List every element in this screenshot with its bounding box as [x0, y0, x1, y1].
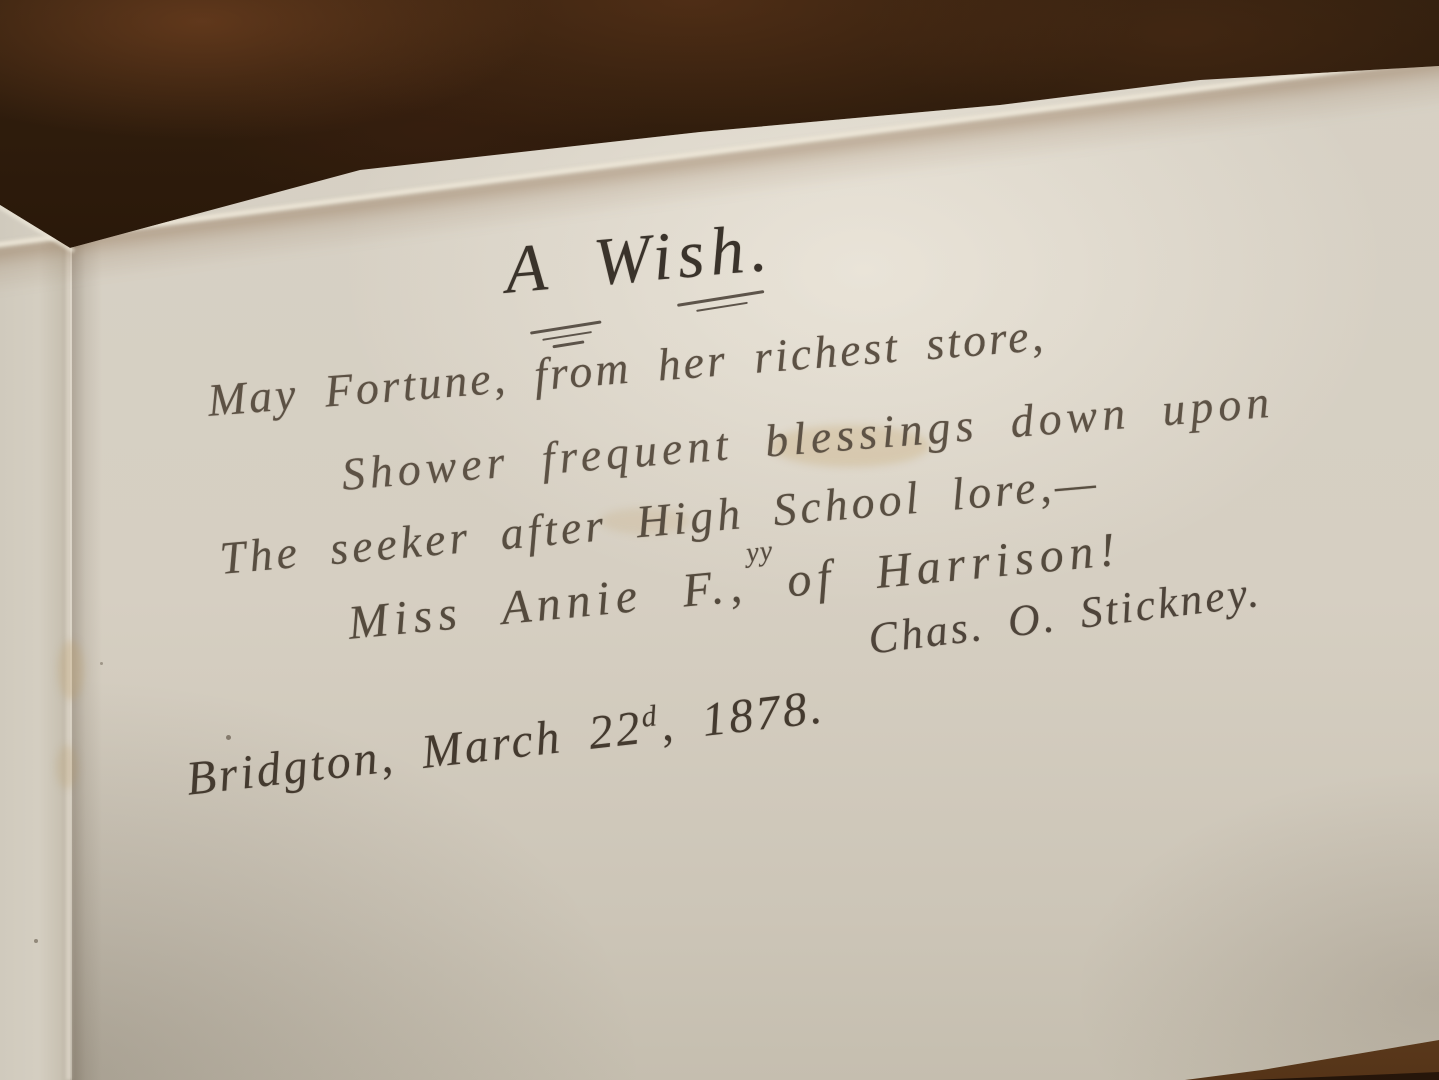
handwritten-place-and-date: Bridgton, March 22d, 1878. [184, 683, 827, 803]
gutter-stain [56, 745, 78, 789]
superscript-insertion-mark: yy [745, 537, 775, 568]
ink-speck [226, 735, 231, 740]
ink-speck [34, 939, 38, 943]
ordinal-suffix: d [640, 699, 662, 734]
title-underline-flourish [676, 290, 768, 321]
place-date-prefix: Bridgton, March 22 [184, 701, 646, 806]
place-date-suffix: , 1878. [657, 680, 827, 751]
ink-speck [100, 662, 103, 665]
photo-autograph-album: A Wish. May Fortune, from her richest st… [0, 0, 1439, 1080]
gutter-stain [58, 640, 84, 700]
handwritten-title: A Wish. [502, 213, 775, 304]
